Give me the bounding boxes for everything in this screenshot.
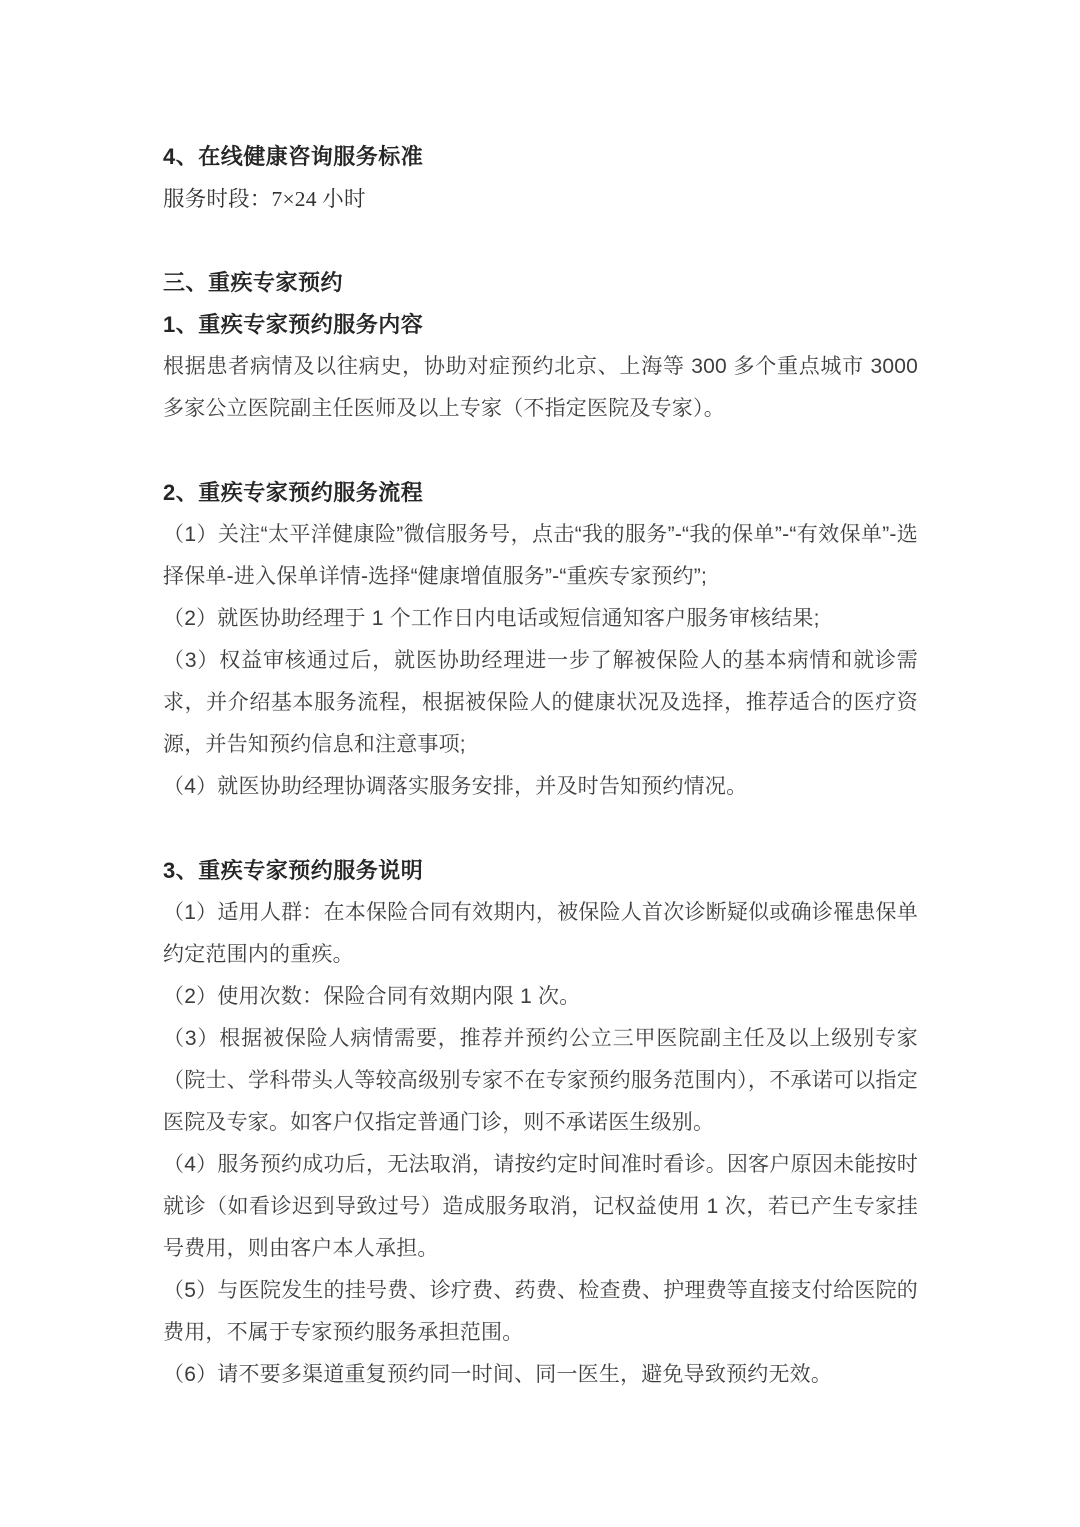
para-process-step-2: （2）就医协助经理于 1 个工作日内电话或短信通知客户服务审核结果;	[163, 598, 918, 640]
para-note-1: （1）适用人群：在本保险合同有效期内，被保险人首次诊断疑似或确诊罹患保单约定范围…	[163, 892, 918, 976]
para-note-5: （5）与医院发生的挂号费、诊疗费、药费、检查费、护理费等直接支付给医院的费用，不…	[163, 1270, 918, 1354]
para-note-3: （3）根据被保险人病情需要，推荐并预约公立三甲医院副主任及以上级别专家（院士、学…	[163, 1018, 918, 1144]
blank-line	[163, 430, 918, 472]
heading-section-critical-illness-expert-booking: 三、重疾专家预约	[163, 262, 918, 304]
heading-booking-service-content: 1、重疾专家预约服务内容	[163, 304, 918, 346]
heading-booking-service-notes: 3、重疾专家预约服务说明	[163, 850, 918, 892]
service-hours-line: 服务时段：7×24 小时	[163, 178, 918, 220]
para-note-6: （6）请不要多渠道重复预约同一时间、同一医生，避免导致预约无效。	[163, 1354, 918, 1396]
para-note-2: （2）使用次数：保险合同有效期内限 1 次。	[163, 976, 918, 1018]
para-process-step-4: （4）就医协助经理协调落实服务安排，并及时告知预约情况。	[163, 766, 918, 808]
para-booking-service-content: 根据患者病情及以往病史，协助对症预约北京、上海等 300 多个重点城市 3000…	[163, 346, 918, 430]
para-process-step-3: （3）权益审核通过后，就医协助经理进一步了解被保险人的基本病情和就诊需求，并介绍…	[163, 640, 918, 766]
document-page: 4、在线健康咨询服务标准 服务时段：7×24 小时 三、重疾专家预约 1、重疾专…	[0, 0, 1080, 1527]
blank-line	[163, 220, 918, 262]
para-note-4: （4）服务预约成功后，无法取消，请按约定时间准时看诊。因客户原因未能按时就诊（如…	[163, 1144, 918, 1270]
heading-booking-service-process: 2、重疾专家预约服务流程	[163, 472, 918, 514]
heading-online-consult-standard: 4、在线健康咨询服务标准	[163, 136, 918, 178]
para-process-step-1: （1）关注“太平洋健康险”微信服务号，点击“我的服务”-“我的保单”-“有效保单…	[163, 514, 918, 598]
blank-line	[163, 808, 918, 850]
